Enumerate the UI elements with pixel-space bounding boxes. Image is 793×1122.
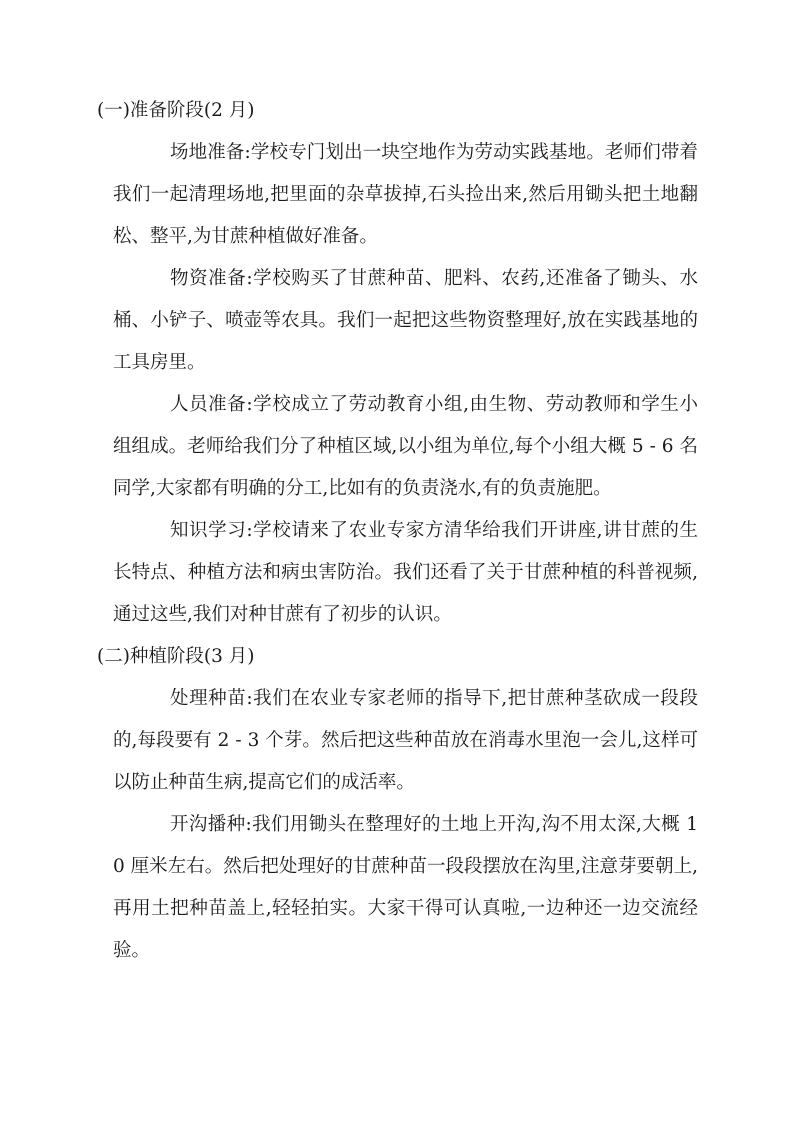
heading-planting-stage: (二)种植阶段(3 月): [97, 636, 698, 678]
paragraph-site-preparation: 场地准备:学校专门划出一块空地作为劳动实践基地。老师们带着我们一起清理场地,把里…: [113, 132, 698, 258]
document-page: (一)准备阶段(2 月) 场地准备:学校专门划出一块空地作为劳动实践基地。老师们…: [97, 90, 698, 972]
paragraph-seedling-processing: 处理种苗:我们在农业专家老师的指导下,把甘蔗种茎砍成一段段的,每段要有 2 - …: [113, 678, 698, 804]
paragraph-knowledge-learning: 知识学习:学校请来了农业专家方清华给我们开讲座,讲甘蔗的生长特点、种植方法和病虫…: [113, 510, 698, 636]
heading-preparation-stage: (一)准备阶段(2 月): [97, 90, 698, 132]
paragraph-personnel-preparation: 人员准备:学校成立了劳动教育小组,由生物、劳动教师和学生小组组成。老师给我们分了…: [113, 384, 698, 510]
paragraph-trench-sowing: 开沟播种:我们用锄头在整理好的土地上开沟,沟不用太深,大概 10 厘米左右。然后…: [113, 804, 698, 972]
paragraph-material-preparation: 物资准备:学校购买了甘蔗种苗、肥料、农药,还准备了锄头、水桶、小铲子、喷壶等农具…: [113, 258, 698, 384]
